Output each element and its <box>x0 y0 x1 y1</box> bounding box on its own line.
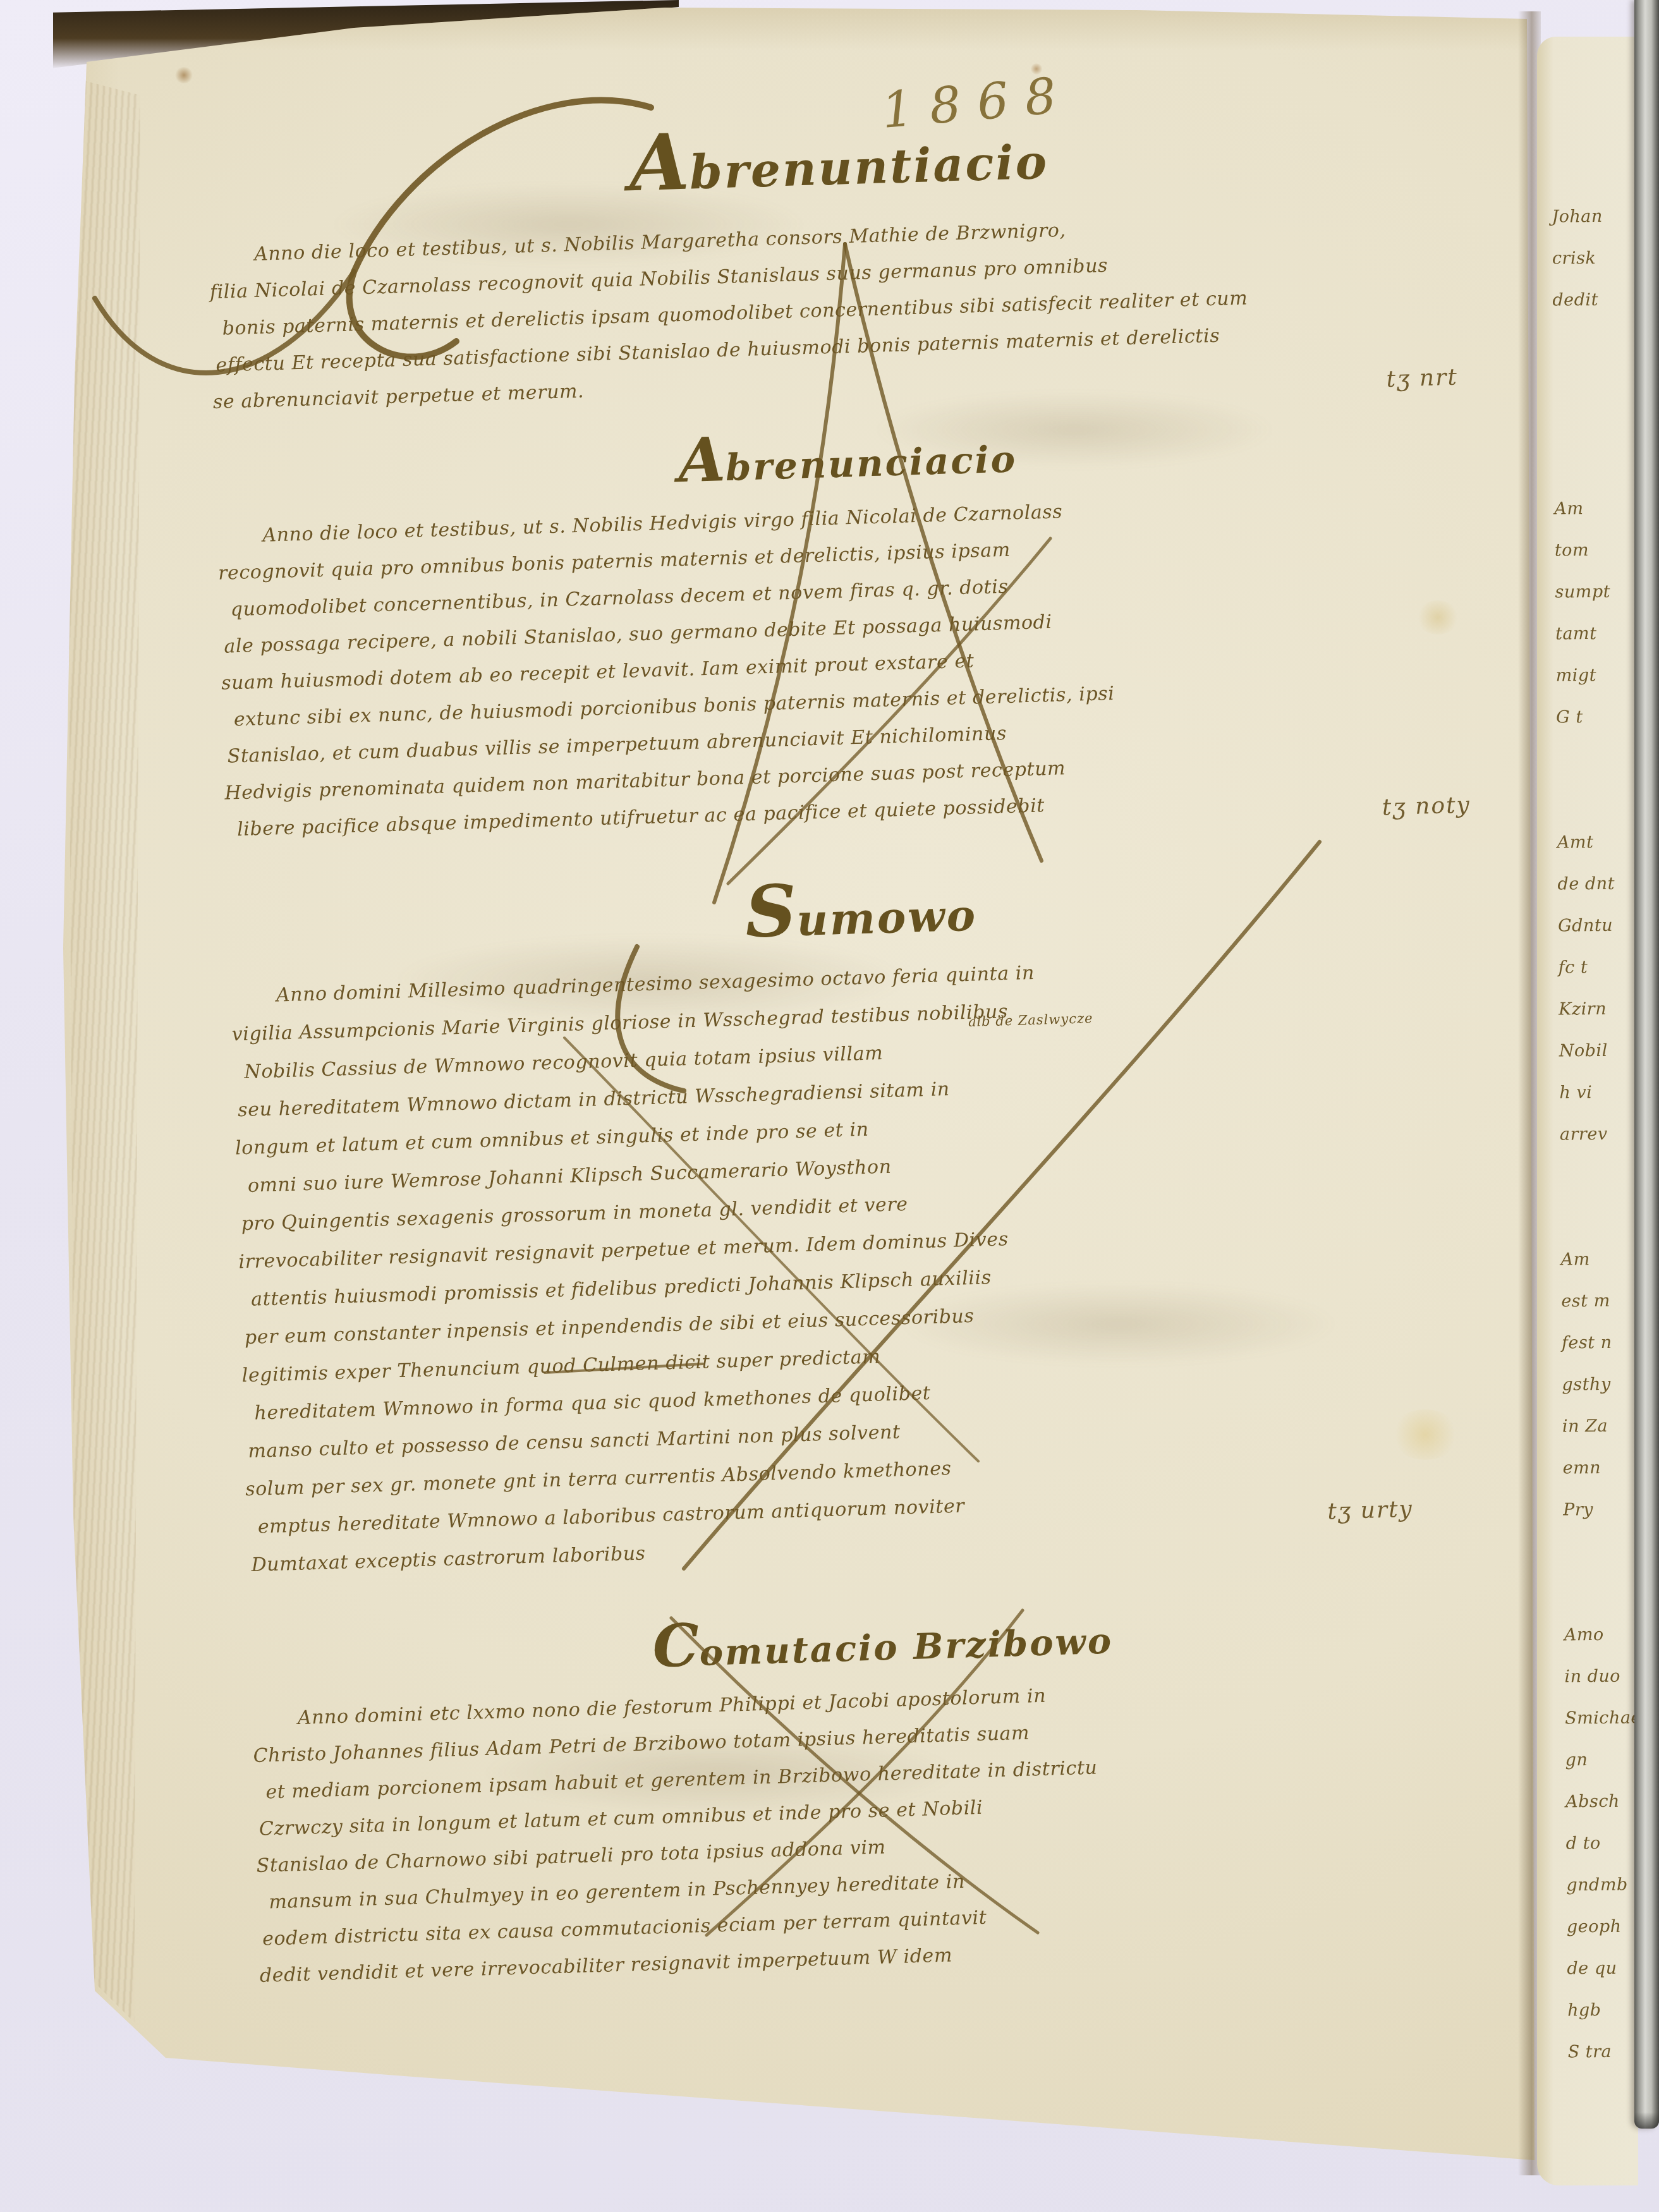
text-column: AbrenuntiacioAnno die loco et testibus, … <box>209 87 1521 1995</box>
marginal-note: tʒ noty <box>1382 792 1471 820</box>
facing-page-line <box>1560 1155 1638 1197</box>
facing-page-line <box>1553 404 1636 446</box>
facing-page-line: Pry <box>1563 1488 1638 1531</box>
facing-page-line: sumpt <box>1555 571 1638 613</box>
facing-page-edge: Johancriskdedit AmtomsumpttamtmigtG t Am… <box>1537 37 1638 2185</box>
facing-page-line: Smichael <box>1565 1697 1638 1739</box>
interlinear-note: alb de Zaslwycze <box>968 1012 1093 1029</box>
facing-page-line: Absch <box>1565 1780 1638 1823</box>
entry-heading: Abrenuntiacio <box>209 93 1468 221</box>
facing-page-line: gn <box>1565 1739 1638 1781</box>
page-edge-stack <box>66 76 140 2022</box>
facing-page-line: Amo <box>1564 1613 1638 1656</box>
facing-page-line: Kzirn <box>1559 988 1638 1030</box>
facing-page-line: Am <box>1554 487 1637 530</box>
facing-page-line: tamt <box>1555 612 1638 655</box>
facing-page-line: crisk <box>1552 237 1635 279</box>
facing-page-line: emn <box>1562 1447 1638 1489</box>
facing-page-line: in Za <box>1562 1405 1638 1447</box>
facing-page-line: S tra <box>1567 2031 1638 2073</box>
marginal-note: tʒ nrt <box>1386 365 1458 392</box>
manuscript-page: 1868 AbrenuntiacioAnno die loco et testi… <box>0 0 1659 2212</box>
page-holder-rod <box>1634 0 1659 2129</box>
facing-page-line: de qu <box>1567 1947 1638 1990</box>
facing-page-line: geoph <box>1567 1905 1638 1948</box>
facing-page-line: dedit <box>1552 279 1635 321</box>
facing-page-line: gsthy <box>1562 1363 1638 1406</box>
facing-page-line: arrev <box>1560 1113 1638 1155</box>
facing-page-line: gndmb <box>1566 1864 1638 1906</box>
facing-page-line: h vi <box>1559 1071 1638 1114</box>
facing-page-line: G t <box>1556 696 1638 738</box>
facing-page-line: tom <box>1555 529 1638 571</box>
facing-page-line: Gdntu <box>1558 904 1638 947</box>
facing-page-line <box>1557 738 1638 780</box>
facing-page-line: Am <box>1560 1238 1638 1280</box>
facing-page-line: fest n <box>1562 1322 1638 1364</box>
facing-page-line <box>1553 446 1636 488</box>
facing-page-text-fragments: Johancriskdedit AmtomsumpttamtmigtG t Am… <box>1552 195 1638 2073</box>
facing-page-line <box>1553 320 1636 363</box>
entry-abrenunciacio-2: AbrenunciacioAnno die loco et testibus, … <box>218 401 1487 849</box>
facing-page-line: hgb <box>1567 1989 1638 2031</box>
facing-page-line: d to <box>1566 1822 1638 1864</box>
ink-stain <box>174 67 193 83</box>
facing-page-line <box>1563 1530 1638 1572</box>
facing-page-line <box>1560 1196 1638 1239</box>
marginal-note: tʒ urty <box>1327 1496 1414 1524</box>
facing-page-line: migt <box>1555 654 1638 696</box>
entry-sumowo-3: SumowoAnno domini Millesimo quadringente… <box>231 849 1509 1584</box>
photograph-of-manuscript: { "photo": { "background_color": "#e8e5f… <box>0 0 1659 2212</box>
facing-page-line: in duo <box>1564 1655 1638 1698</box>
facing-page-line <box>1557 779 1638 822</box>
facing-page-line <box>1553 362 1636 404</box>
facing-page-line: Amt <box>1557 821 1638 863</box>
facing-page-line: fc t <box>1558 946 1638 988</box>
facing-page-line <box>1564 1572 1638 1614</box>
facing-page-line: de dnt <box>1557 863 1638 905</box>
entry-abrenuntiacio-1: AbrenuntiacioAnno die loco et testibus, … <box>209 93 1474 421</box>
paper-stain <box>727 2136 765 2158</box>
facing-page-line: est m <box>1561 1280 1638 1322</box>
entry-comutacio-4: Comutacio BrzibowoAnno domini etc lxxmo … <box>253 1586 1521 1995</box>
facing-page-line: Johan <box>1552 195 1634 238</box>
facing-page-line: Nobil <box>1559 1030 1638 1072</box>
